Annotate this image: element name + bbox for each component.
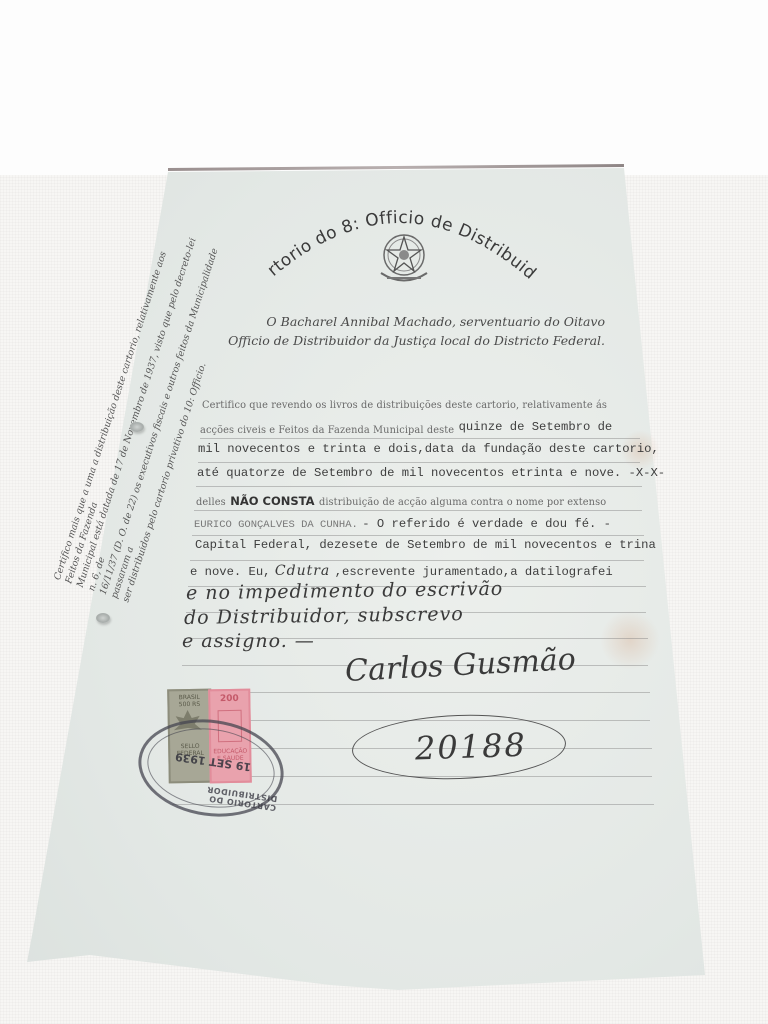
registry-number: 20188 (414, 726, 527, 768)
body-line-4: até quatorze de Setembro de mil novecent… (197, 466, 665, 480)
body-line-1: Certifico que revendo os livros de distr… (202, 400, 607, 411)
punch-hole (96, 613, 110, 623)
body-line-6: EURICO GONÇALVES DA CUNHA. - O referido … (194, 514, 611, 532)
body-line-7: Capital Federal, dezesete de Setembro de… (195, 538, 656, 552)
body-line-3: mil novecentos e trinta e dois,data da f… (198, 442, 659, 456)
handwritten-line-1: e no impedimento do escrivão (186, 578, 504, 604)
body-line-5: delles NÃO CONSTA distribuição de acção … (196, 492, 606, 510)
person-name: EURICO GONÇALVES DA CUNHA. (194, 519, 358, 531)
body-line-2-typed: quinze de Setembro de (459, 420, 613, 434)
nao-consta-label: NÃO CONSTA (230, 494, 314, 508)
body-line-6-typed: - O referido é verdade e dou fé. - (362, 517, 611, 531)
body-line-8-typed-a: e nove. Eu, (190, 565, 270, 579)
rule-line (180, 692, 650, 693)
punch-hole (130, 422, 144, 432)
handwritten-line-3: e assigno. — (182, 630, 315, 652)
rule-line (200, 438, 640, 439)
body-line-8: e nove. Eu, Cdutra ,escrevente juramenta… (190, 562, 613, 580)
rule-line (196, 486, 642, 487)
red-stamp-value: 200 (210, 694, 248, 705)
body-line-5-printed-b: distribuição de acção alguma contra o no… (319, 497, 606, 508)
body-line-2-printed: acções civeis e Feitos da Fazenda Munici… (200, 425, 454, 436)
body-line-2: acções civeis e Feitos da Fazenda Munici… (200, 420, 612, 438)
clerk-initials: Cdutra (275, 563, 330, 579)
rule-line (192, 535, 644, 536)
rule-line (190, 560, 644, 561)
rule-line (198, 462, 640, 463)
document-content: Cartorio do 8: Officio de Distribuidor O… (0, 0, 768, 1024)
rule-line (194, 510, 642, 511)
body-line-5-printed-a: delles (196, 497, 226, 508)
ruled-lines (170, 0, 640, 1024)
handwritten-line-2: do Distribuidor, subscrevo (184, 603, 464, 629)
body-line-8-typed-b: ,escrevente juramentado,a datilografei (335, 565, 613, 579)
